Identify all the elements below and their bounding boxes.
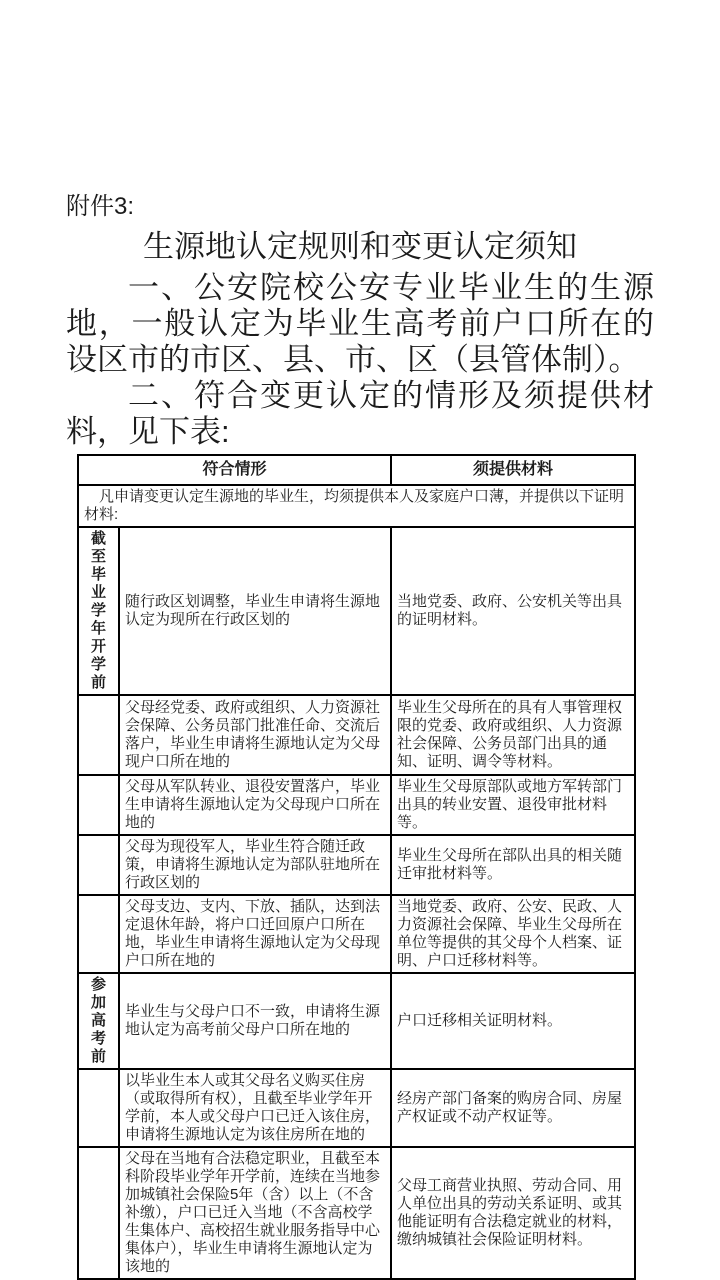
materials-cell: 父母工商营业执照、劳动合同、用人单位出具的劳动关系证明、或其他能证明有合法稳定就… (391, 1147, 635, 1279)
header-cell-situation: 符合情形 (78, 455, 391, 485)
document-content: 附件3: 生源地认定规则和变更认定须知 一、公安院校公安专业毕业生的生源地，一般… (66, 192, 654, 1280)
table-row: 截至毕业学年开学前 随行政区划调整，毕业生申请将生源地认定为现所在行政区划的 当… (78, 527, 635, 695)
situation-cell: 随行政区划调整，毕业生申请将生源地认定为现所在行政区划的 (119, 527, 391, 695)
group-label-cell (78, 835, 119, 895)
situation-cell: 毕业生与父母户口不一致，申请将生源地认定为高考前父母户口所在地的 (119, 973, 391, 1069)
paragraph-origin-rule: 一、公安院校公安专业毕业生的生源地，一般认定为毕业生高考前户口所在的设区市的市区… (66, 270, 654, 378)
attachment-label: 附件3: (66, 192, 654, 222)
table-row: 参加高考前 毕业生与父母户口不一致，申请将生源地认定为高考前父母户口所在地的 户… (78, 973, 635, 1069)
group-label-cell: 参加高考前 (78, 973, 119, 1069)
change-rules-table: 符合情形 须提供材料 凡申请变更认定生源地的毕业生，均须提供本人及家庭户口薄，并… (77, 454, 636, 1280)
situation-cell: 父母经党委、政府或组织、人力资源社会保障、公务员部门批准任命、交流后落户，毕业生… (119, 695, 391, 775)
table-notice-row: 凡申请变更认定生源地的毕业生，均须提供本人及家庭户口薄，并提供以下证明材料: (78, 485, 635, 527)
materials-cell: 毕业生父母所在的具有人事管理权限的党委、政府或组织、人力资源社会保障、公务员部门… (391, 695, 635, 775)
paragraph-change-intro: 二、符合变更认定的情形及须提供材料，见下表: (66, 378, 654, 450)
header-cell-materials: 须提供材料 (391, 455, 635, 485)
situation-cell: 父母在当地有合法稳定职业，且截至本科阶段毕业学年开学前，连续在当地参加城镇社会保… (119, 1147, 391, 1279)
materials-cell: 毕业生父母所在部队出具的相关随迁审批材料等。 (391, 835, 635, 895)
document-page: 附件3: 生源地认定规则和变更认定须知 一、公安院校公安专业毕业生的生源地，一般… (0, 0, 720, 1280)
materials-cell: 户口迁移相关证明材料。 (391, 973, 635, 1069)
group-label-cell (78, 1147, 119, 1279)
notice-cell: 凡申请变更认定生源地的毕业生，均须提供本人及家庭户口薄，并提供以下证明材料: (78, 485, 635, 527)
table-row: 父母支边、支内、下放、插队，达到法定退休年龄，将户口迁回原户口所在地，毕业生申请… (78, 895, 635, 973)
situation-cell: 父母从军队转业、退役安置落户，毕业生申请将生源地认定为父母现户口所在地的 (119, 775, 391, 835)
situation-cell: 父母支边、支内、下放、插队，达到法定退休年龄，将户口迁回原户口所在地，毕业生申请… (119, 895, 391, 973)
situation-cell: 父母为现役军人，毕业生符合随迁政策，申请将生源地认定为部队驻地所在行政区划的 (119, 835, 391, 895)
group-label-cell (78, 1069, 119, 1147)
table-row: 父母在当地有合法稳定职业，且截至本科阶段毕业学年开学前，连续在当地参加城镇社会保… (78, 1147, 635, 1279)
group-label-cell (78, 775, 119, 835)
table-row: 父母从军队转业、退役安置落户，毕业生申请将生源地认定为父母现户口所在地的 毕业生… (78, 775, 635, 835)
table-row: 父母经党委、政府或组织、人力资源社会保障、公务员部门批准任命、交流后落户，毕业生… (78, 695, 635, 775)
materials-cell: 当地党委、政府、公安、民政、人力资源社会保障、毕业生父母所在单位等提供的其父母个… (391, 895, 635, 973)
table-row: 父母为现役军人，毕业生符合随迁政策，申请将生源地认定为部队驻地所在行政区划的 毕… (78, 835, 635, 895)
table-row: 以毕业生本人或其父母名义购买住房（或取得所有权），且截至毕业学年开学前，本人或父… (78, 1069, 635, 1147)
materials-cell: 经房产部门备案的购房合同、房屋产权证或不动产权证等。 (391, 1069, 635, 1147)
materials-cell: 当地党委、政府、公安机关等出具的证明材料。 (391, 527, 635, 695)
group-label-cell (78, 695, 119, 775)
materials-cell: 毕业生父母原部队或地方军转部门出具的转业安置、退役审批材料等。 (391, 775, 635, 835)
situation-cell: 以毕业生本人或其父母名义购买住房（或取得所有权），且截至毕业学年开学前，本人或父… (119, 1069, 391, 1147)
table-header-row: 符合情形 须提供材料 (78, 455, 635, 485)
group-label-cell: 截至毕业学年开学前 (78, 527, 119, 695)
group-label-cell (78, 895, 119, 973)
document-title: 生源地认定规则和变更认定须知 (66, 228, 654, 266)
